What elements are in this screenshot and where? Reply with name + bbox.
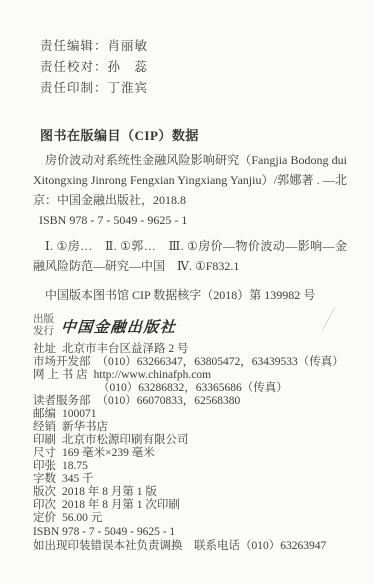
colophon-row: 字数345 千: [33, 473, 347, 486]
colophon-row: 印刷北京市松源印刷有限公司: [33, 434, 347, 447]
editor-credit-row: 责任印制：丁淮宾: [40, 78, 347, 99]
colophon-value: （010）63286832，63365686（传真）: [98, 382, 288, 394]
credit-label: 责任印制：: [40, 81, 108, 95]
editor-credits-block: 责任编辑：肖丽敏 责任校对：孙 蕊 责任印制：丁淮宾: [40, 36, 347, 99]
credit-label: 责任校对：: [40, 60, 108, 74]
colophon-label: 印次: [33, 499, 56, 511]
colophon-value: 新华书店: [62, 421, 108, 433]
editor-credit-row: 责任编辑：肖丽敏: [40, 36, 347, 57]
publish-distribute-label: 出版 发行: [33, 314, 54, 339]
colophon-row: 印次2018 年 8 月第 1 次印刷: [33, 499, 347, 512]
cip-description: 房价波动对系统性金融风险影响研究（Fangjia Bodong dui Xito…: [33, 150, 347, 210]
colophon-value: 北京市松源印刷有限公司: [62, 434, 189, 446]
credit-name: 孙 蕊: [108, 60, 149, 74]
cip-isbn: ISBN 978 - 7 - 5049 - 9625 - 1: [33, 210, 347, 230]
colophon-row: 读者服务部（010）66070833，62568380: [33, 395, 347, 408]
colophon-row: 版次2018 年 8 月第 1 版: [33, 486, 347, 499]
exchange-notice: 如出现印装错误本社负责调换 联系电话（010）63263947: [33, 540, 347, 553]
colophon-label: 定价: [33, 512, 56, 524]
colophon-value: （010）63266347，63805472，63439533（传真）: [97, 356, 344, 368]
colophon-label: 版次: [33, 486, 56, 498]
cip-classification: Ⅰ. ①房… Ⅱ. ①郭… Ⅲ. ①房价—物价波动—影响—金融风险防范—研究—中…: [33, 236, 347, 276]
colophon-value: 18.75: [62, 460, 88, 472]
colophon-row: 邮编100071: [33, 408, 347, 421]
colophon-label: 社址: [33, 343, 56, 355]
distribute-label: 发行: [33, 326, 54, 339]
publisher-header: 出版 发行 中国金融出版社: [33, 312, 347, 340]
copyright-page: 责任编辑：肖丽敏 责任校对：孙 蕊 责任印制：丁淮宾 图书在版编目（CIP）数据…: [0, 0, 375, 584]
colophon-row: 定价56.00 元: [33, 512, 347, 525]
colophon-value: （010）66070833，62568380: [97, 395, 241, 407]
colophon-label: 尺寸: [33, 447, 56, 459]
colophon-row: 印张18.75: [33, 460, 347, 473]
colophon-label: 印刷: [33, 434, 56, 446]
colophon-value: 169 毫米×239 毫米: [62, 447, 155, 459]
colophon-row: 市场开发部（010）63266347，63805472，63439533（传真）: [33, 356, 347, 369]
colophon-section: 出版 发行 中国金融出版社 社址北京市丰台区益泽路 2 号 市场开发部（010）…: [33, 312, 347, 553]
colophon-label: 字数: [33, 473, 56, 485]
colophon-label: 读者服务部: [33, 395, 91, 407]
cip-section: 图书在版编目（CIP）数据 房价波动对系统性金融风险影响研究（Fangjia B…: [33, 125, 347, 305]
colophon-label: 网 上 书 店: [33, 369, 88, 381]
colophon-row: 经销新华书店: [33, 421, 347, 434]
editor-credit-row: 责任校对：孙 蕊: [40, 57, 347, 78]
colophon-value: 100071: [62, 408, 97, 420]
colophon-value: 345 千: [62, 473, 94, 485]
credit-name: 肖丽敏: [108, 39, 149, 53]
credit-label: 责任编辑：: [40, 39, 108, 53]
colophon-isbn: ISBN 978 - 7 - 5049 - 9625 - 1: [33, 526, 347, 539]
credit-name: 丁淮宾: [108, 81, 149, 95]
cip-title: 图书在版编目（CIP）数据: [40, 125, 347, 144]
cip-record-number: 中国版本图书馆 CIP 数据核字（2018）第 139982 号: [33, 285, 347, 305]
colophon-row: 网 上 书 店http://www.chinafph.com: [33, 369, 347, 382]
colophon-value: 2018 年 8 月第 1 版: [62, 486, 157, 498]
colophon-label: 经销: [33, 421, 56, 433]
colophon-label: 印张: [33, 460, 56, 472]
colophon-value: http://www.chinafph.com: [94, 369, 211, 381]
colophon-value: 56.00 元: [62, 512, 102, 524]
publish-label: 出版: [33, 314, 54, 327]
colophon-label: 邮编: [33, 408, 56, 420]
publisher-logo: 中国金融出版社: [60, 316, 177, 337]
colophon-label: 市场开发部: [33, 356, 91, 368]
colophon-value: 北京市丰台区益泽路 2 号: [62, 343, 189, 355]
colophon-row: 社址北京市丰台区益泽路 2 号: [33, 343, 347, 356]
colophon-value: 2018 年 8 月第 1 次印刷: [62, 499, 180, 511]
colophon-row: 尺寸169 毫米×239 毫米: [33, 447, 347, 460]
colophon-row: （010）63286832，63365686（传真）: [33, 382, 347, 395]
